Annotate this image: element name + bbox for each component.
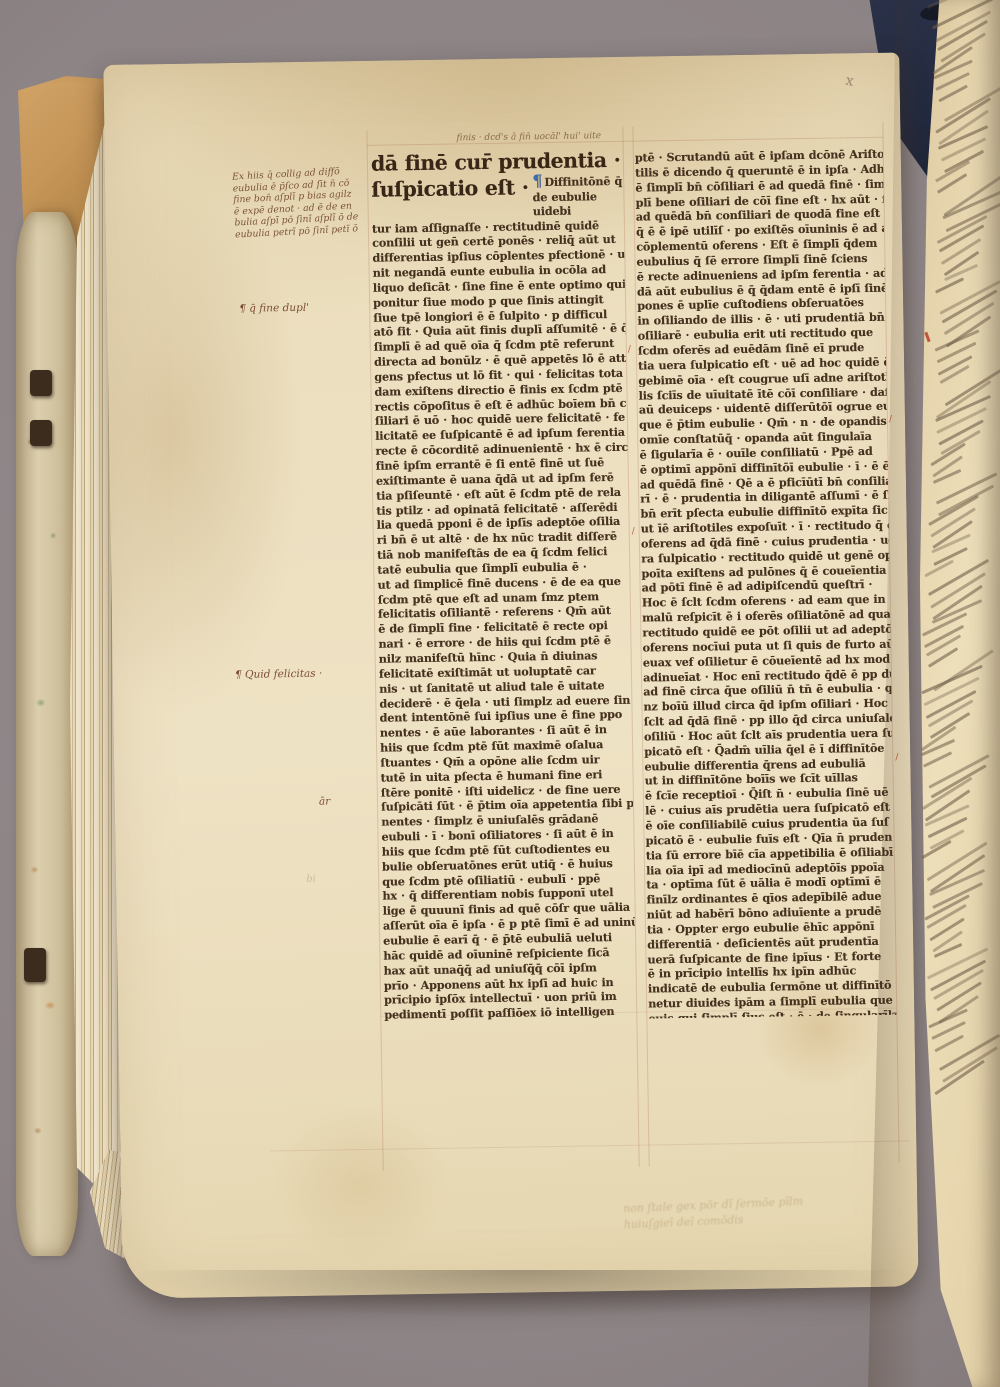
fore-edge-text-line — [940, 33, 985, 63]
margin-note-articulus: ār — [319, 795, 330, 807]
fore-edge-text-line — [938, 85, 967, 102]
metal-clasp — [24, 948, 46, 982]
red-ink-tick: / — [628, 345, 631, 355]
margin-note-fine-duplex: ¶ q̄ fine dupl' — [239, 302, 309, 315]
text-column-right: ptē · Scrutandū aūt ē ipſam dcōnē Ariſto… — [635, 147, 897, 1019]
blue-pilcrow-initial: ¶ — [532, 171, 542, 190]
heading-line-2: ſuſpicatio eſt · — [371, 174, 528, 202]
fore-edge-text-line — [934, 329, 979, 351]
heading-line-1: dā finē cur̄ prudentia · uera — [371, 147, 623, 177]
text-column-left: dā finē cur̄ prudentia · uera ſuſpicatio… — [371, 147, 637, 1023]
fore-edge-text-line — [923, 751, 952, 767]
margin-smudge: bi — [306, 874, 316, 885]
metal-clasp — [30, 420, 52, 446]
faded-inscription: non ſtale gex pōr dī ſermōe pīlm huiuſgi… — [623, 1194, 804, 1234]
manuscript-photo: finis · dcd's ā fin̄ uocāl' hui' uite Ex… — [0, 0, 1000, 1387]
right-column-lines: ptē · Scrutandū aūt ē ipſam dcōnē Ariſto… — [635, 147, 897, 1019]
fore-edge-text-line — [934, 1059, 984, 1094]
ruling-line — [367, 137, 883, 146]
fore-edge-text-line — [941, 137, 986, 161]
metal-clasp — [30, 370, 52, 396]
vellum-spine-strip — [16, 212, 78, 1256]
fore-edge-text-line — [934, 1034, 963, 1051]
manuscript-page: finis · dcd's ā fin̄ uocāl' hui' uite Ex… — [103, 52, 918, 1298]
heading-side-text-1: Diffinitōnē q̄ — [544, 174, 622, 189]
fore-edge-text-line — [930, 712, 970, 739]
book-cast-shadow — [120, 1270, 920, 1330]
fore-edge-text-line — [927, 0, 955, 9]
fore-edge-text-line — [935, 160, 970, 182]
corner-x-mark: x — [844, 73, 855, 90]
left-column-lines: tur iam aſſignaſſe · rectitudinē quidēco… — [372, 217, 637, 1022]
fore-edge-text-line — [944, 85, 1000, 122]
fore-edge-text-line — [935, 277, 964, 293]
margin-note-quid-felicitas: ¶ Quid felicitas · — [235, 668, 323, 681]
heading-side-text-2: de eubulie uidebi — [532, 189, 596, 219]
margin-gloss: Ex hiis q̄ collig ad diffōeubulia ē p̄ſc… — [232, 164, 385, 241]
fore-edge-text-lines — [862, 0, 1000, 1150]
fore-edge-text-line — [940, 365, 970, 384]
fore-edge-text-line — [931, 443, 966, 466]
ruling-line — [270, 1140, 910, 1151]
red-ink-tick: / — [632, 527, 635, 537]
